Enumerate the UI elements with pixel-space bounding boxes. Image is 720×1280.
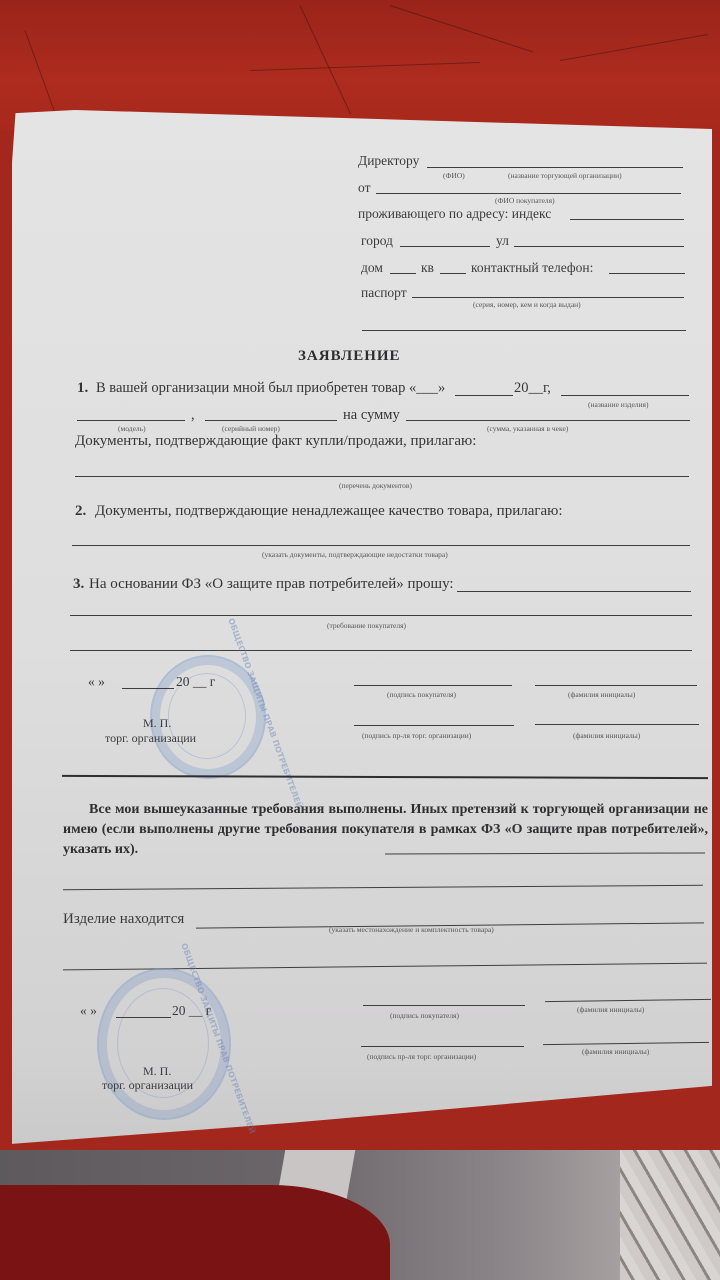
- passport-field[interactable]: [412, 297, 684, 298]
- rep-signature-field[interactable]: [354, 725, 514, 726]
- date-year-2: 20 __ г: [172, 1003, 211, 1019]
- demand-field-line2[interactable]: [70, 615, 692, 616]
- serial-field[interactable]: [205, 420, 337, 421]
- from-field[interactable]: [376, 193, 681, 194]
- sign-date-month-field-2[interactable]: [116, 1017, 171, 1018]
- buyer-signature-field[interactable]: [354, 685, 512, 686]
- director-label: Директору: [358, 153, 419, 169]
- address-label: проживающего по адресу: индекс: [358, 206, 551, 222]
- date-quotes: « »: [88, 674, 105, 690]
- serial-caption: (серийный номер): [222, 424, 280, 433]
- date-quotes-2: « »: [80, 1003, 97, 1019]
- house-field[interactable]: [390, 273, 416, 274]
- purchase-year: 20__г,: [514, 380, 551, 397]
- phone-field[interactable]: [609, 273, 685, 274]
- sum-caption: (сумма, указанная в чеке): [487, 424, 568, 433]
- rep-signature-caption: (подпись пр-ля торг. организации): [362, 731, 471, 740]
- section1-number: 1.: [77, 380, 88, 397]
- stamp-org-label-2: торг. организации: [102, 1078, 193, 1093]
- index-field[interactable]: [570, 219, 684, 220]
- buyer-name-caption-2: (фамилия инициалы): [577, 1005, 644, 1014]
- street-field[interactable]: [514, 246, 684, 247]
- location-label: Изделие находится: [63, 911, 184, 928]
- purchase-month-field[interactable]: [455, 395, 513, 396]
- product-name-field[interactable]: [561, 395, 689, 396]
- passport-field-line2[interactable]: [362, 330, 686, 331]
- buyer-signature-caption-2: (подпись покупателя): [390, 1011, 459, 1020]
- passport-caption: (серия, номер, кем и когда выдан): [473, 300, 581, 309]
- section1-text: В вашей организации мной был приобретен …: [96, 380, 445, 397]
- buyer-name-field[interactable]: [535, 685, 697, 686]
- red-table-surface: [0, 0, 720, 130]
- from-caption: (ФИО покупателя): [495, 196, 555, 205]
- house-label: дом: [361, 260, 383, 276]
- section2-number: 2.: [75, 503, 86, 520]
- patterned-fabric: [620, 1150, 720, 1280]
- section3-number: 3.: [73, 576, 84, 593]
- rep-signature-field-2[interactable]: [361, 1046, 524, 1047]
- director-org-caption: (название торгующей организации): [508, 171, 622, 180]
- street-label: ул: [496, 233, 509, 249]
- sign-date-month-field[interactable]: [122, 688, 174, 689]
- defect-docs-caption: (указать документы, подтверждающие недос…: [262, 550, 448, 559]
- rep-name-caption: (фамилия инициалы): [573, 731, 640, 740]
- red-cloth: [0, 1185, 390, 1280]
- stamp-place-label: М. П.: [143, 716, 171, 731]
- stamp-place-label-2: М. П.: [143, 1064, 171, 1079]
- passport-label: паспорт: [361, 285, 407, 301]
- city-field[interactable]: [400, 246, 490, 247]
- apt-label: кв: [421, 260, 434, 276]
- comma: ,: [191, 407, 195, 424]
- director-field[interactable]: [427, 167, 683, 168]
- rep-signature-caption-2: (подпись пр-ля торг. организации): [367, 1052, 476, 1061]
- purchase-docs-field[interactable]: [75, 476, 689, 477]
- demand-caption: (требование покупателя): [327, 621, 406, 630]
- stamp-org-label: торг. организации: [105, 731, 196, 746]
- sum-label: на сумму: [343, 407, 400, 424]
- document-title: ЗАЯВЛЕНИЕ: [298, 348, 401, 365]
- demand-field-line3[interactable]: [70, 650, 692, 651]
- product-caption: (название изделия): [588, 400, 649, 409]
- section2-text: Документы, подтверждающие ненадлежащее к…: [95, 503, 563, 520]
- phone-label: контактный телефон:: [471, 260, 593, 276]
- apt-field[interactable]: [440, 273, 466, 274]
- buyer-name-caption: (фамилия инициалы): [568, 690, 635, 699]
- buyer-signature-field-2[interactable]: [363, 1005, 525, 1006]
- model-caption: (модель): [118, 424, 146, 433]
- purchase-docs-caption: (перечень документов): [339, 481, 412, 490]
- rep-name-caption-2: (фамилия инициалы): [582, 1047, 649, 1056]
- buyer-signature-caption: (подпись покупателя): [387, 690, 456, 699]
- defect-docs-field[interactable]: [72, 545, 690, 546]
- closing-statement: Все мои вышеуказанные требования выполне…: [63, 800, 708, 860]
- location-caption: (указать местонахождение и комплектность…: [329, 925, 494, 934]
- date-year: 20 __ г: [176, 674, 215, 690]
- rep-name-field[interactable]: [535, 724, 699, 725]
- section1-docs-text: Документы, подтверждающие факт купли/про…: [75, 433, 476, 450]
- model-field[interactable]: [77, 420, 185, 421]
- demand-field[interactable]: [457, 591, 691, 592]
- city-label: город: [361, 233, 393, 249]
- organization-stamp-2: ОБЩЕСТВО ЗАЩИТЫ ПРАВ ПОТРЕБИТЕЛЕЙ: [97, 968, 231, 1120]
- section3-text: На основании ФЗ «О защите прав потребите…: [89, 576, 454, 593]
- from-label: от: [358, 180, 370, 196]
- director-fio-caption: (ФИО): [443, 171, 465, 180]
- sum-field[interactable]: [406, 420, 690, 421]
